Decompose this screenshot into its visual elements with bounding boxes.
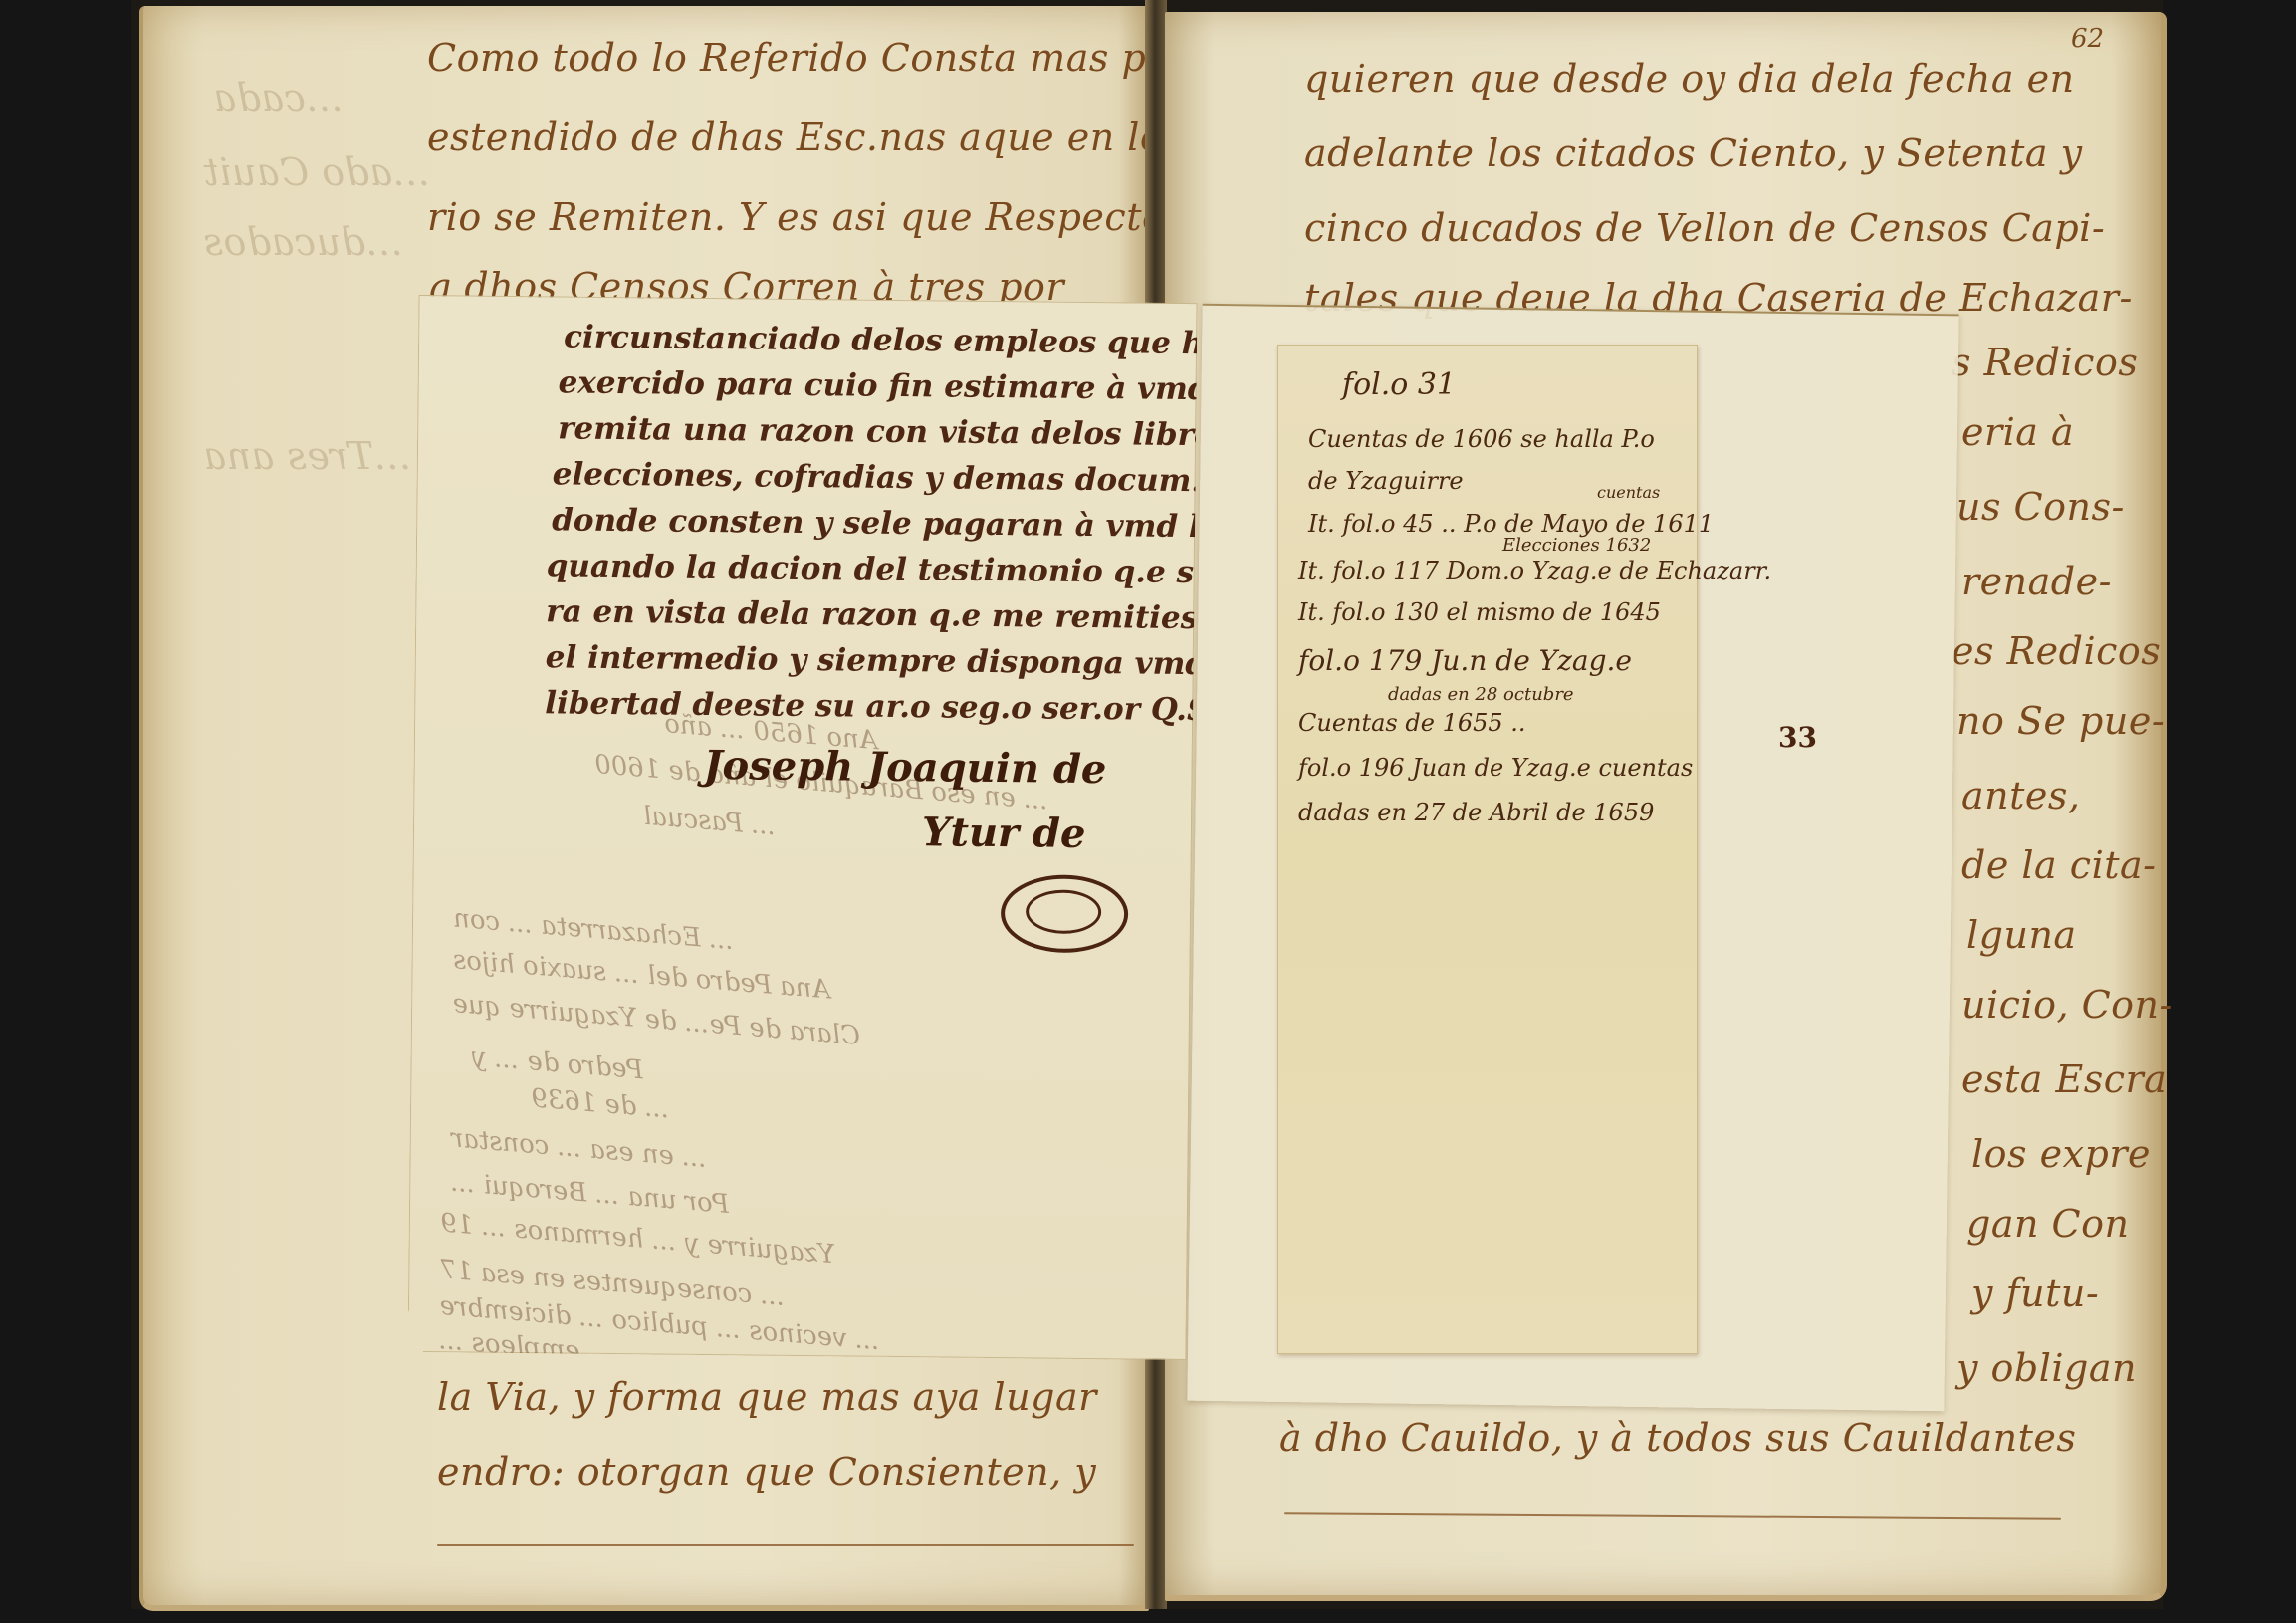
text-line: Como todo lo Referido Consta mas por bbox=[427, 36, 1188, 80]
note-line: fol.o 31 bbox=[1342, 367, 1456, 402]
signature-surname: Ytur de bbox=[922, 809, 1086, 857]
text-line: à dho Cauildo, y à todos sus Cauildantes bbox=[1279, 1416, 2076, 1460]
inserted-letter-slip: Ano 1650 ... año ... en eso Baraquilo el… bbox=[407, 295, 1197, 1360]
note-line: Cuentas de 1606 se halla P.o bbox=[1308, 425, 1655, 453]
text-line: adelante los citados Ciento, y Setenta y bbox=[1304, 131, 2083, 175]
signature-rubric-inner bbox=[1026, 889, 1101, 934]
margin-fragment: renade- bbox=[1961, 560, 2112, 603]
letter-line: ra en vista dela razon q.e me remitiese … bbox=[546, 593, 1299, 637]
mirror-ghost-text: ...Tres ana bbox=[203, 434, 411, 478]
note-line: dadas en 28 octubre bbox=[1388, 684, 1574, 705]
note-line: fol.o 196 Juan de Yzag.e cuentas bbox=[1298, 754, 1693, 782]
margin-fragment: s Redicos bbox=[1952, 341, 2138, 384]
mirror-ghost-text: ...cada bbox=[213, 76, 344, 119]
margin-fragment: gan Con bbox=[1966, 1202, 2129, 1246]
closing-rule bbox=[437, 1544, 1134, 1546]
margin-fragment: de la cita- bbox=[1961, 843, 2156, 887]
letter-line: el intermedio y siempre disponga vmd con bbox=[546, 639, 1280, 683]
note-line: Elecciones 1632 bbox=[1502, 535, 1651, 556]
text-line: endro: otorgan que Consienten, y bbox=[437, 1450, 1096, 1494]
ink-mark: 33 bbox=[1778, 721, 1817, 754]
note-line: It. fol.o 45 .. P.o de Mayo de 1611 bbox=[1308, 510, 1714, 538]
signature-name: Joseph Joaquin de bbox=[703, 742, 1106, 793]
margin-fragment: antes, bbox=[1961, 774, 2080, 817]
note-line: dadas en 27 de Abril de 1659 bbox=[1298, 799, 1654, 826]
margin-fragment: no Se pue- bbox=[1956, 699, 2165, 743]
letter-line: exercido para cuio fin estimare à vmd me bbox=[558, 364, 1272, 408]
note-line: It. fol.o 130 el mismo de 1645 bbox=[1298, 598, 1661, 626]
mirror-ghost-text: ...ado Cauit bbox=[203, 150, 430, 194]
note-line: It. fol.o 117 Dom.o Yzag.e de Echazarr. bbox=[1298, 557, 1771, 584]
note-line: fol.o 179 Ju.n de Yzag.e bbox=[1298, 644, 1632, 677]
mirror-ghost-text: ...ducados bbox=[203, 220, 403, 264]
margin-fragment: y futu- bbox=[1971, 1272, 2099, 1315]
letter-line: remita una razon con vista delos libros … bbox=[558, 410, 1283, 454]
note-line: de Yzaguirre bbox=[1308, 467, 1464, 495]
note-superscript: cuentas bbox=[1597, 483, 1660, 502]
closing-rule bbox=[1284, 1512, 2061, 1519]
text-line: cinco ducados de Vellon de Censos Capi- bbox=[1304, 206, 2105, 250]
letter-line: libertad deeste su ar.o seg.o ser.or Q.S… bbox=[545, 685, 1300, 729]
margin-fragment: lguna bbox=[1966, 913, 2077, 957]
margin-fragment: esta Escra bbox=[1961, 1057, 2167, 1101]
note-line: Cuentas de 1655 .. bbox=[1298, 709, 1526, 737]
bleedthrough-line: Pedro de ... y bbox=[471, 1043, 645, 1086]
margin-fragment: es Redicos bbox=[1952, 629, 2161, 673]
margin-fragment: los expre bbox=[1971, 1132, 2151, 1176]
margin-fragment: us Cons- bbox=[1956, 485, 2125, 529]
folio-number: 62 bbox=[2071, 24, 2104, 54]
margin-fragment: eria à bbox=[1961, 410, 2074, 454]
text-line: la Via, y forma que mas aya lugar bbox=[437, 1375, 1097, 1419]
bleedthrough-line: ... Pascual bbox=[642, 802, 777, 842]
bleedthrough-line: ... de 1639 bbox=[530, 1083, 670, 1124]
text-line: rio se Remiten. Y es asi que Respecto de bbox=[427, 195, 1226, 239]
letter-line: quando la dacion del testimonio q.e se p… bbox=[547, 548, 1299, 591]
text-line: quieren que desde oy dia dela fecha en bbox=[1304, 57, 2075, 101]
inserted-note-slip: fol.o 31 Cuentas de 1606 se halla P.o de… bbox=[1277, 345, 1698, 1354]
bleedthrough-line: ... en esa ... constar bbox=[450, 1123, 708, 1174]
margin-fragment: uicio, Con- bbox=[1961, 983, 2173, 1027]
margin-fragment: y obligan bbox=[1956, 1346, 2137, 1390]
